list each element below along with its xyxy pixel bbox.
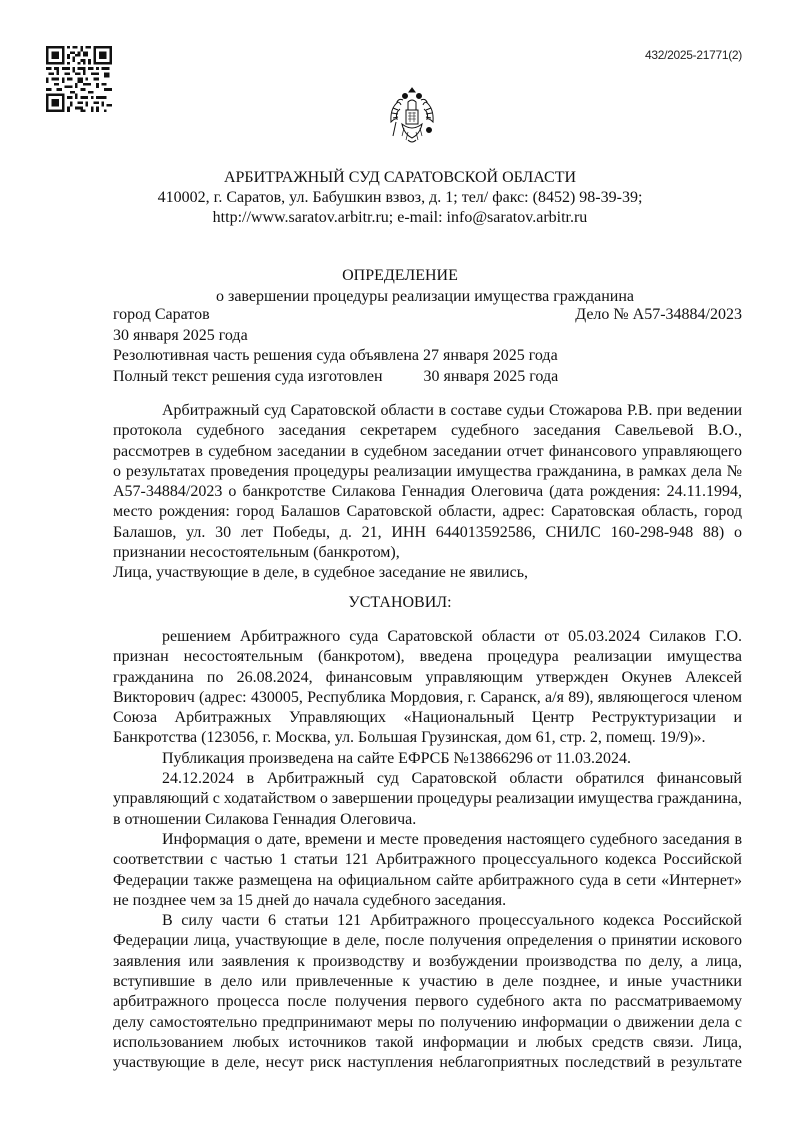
city: город Саратов [113, 305, 210, 326]
intro-paragraph: Арбитражный суд Саратовской области в со… [113, 401, 742, 563]
full-text-row: Полный текст решения суда изготовлен30 я… [113, 367, 742, 388]
established-section: решением Арбитражного суда Саратовской о… [113, 627, 742, 1074]
document-subtitle: о завершении процедуры реализации имущес… [108, 287, 742, 307]
established-heading: УСТАНОВИЛ: [0, 594, 800, 612]
established-paragraph-2: Публикация произведена на сайте ЕФРСБ №1… [113, 749, 742, 769]
full-text-date: 30 января 2025 года [424, 368, 559, 385]
document-date: 30 января 2025 года [113, 326, 742, 347]
established-paragraph-1: решением Арбитражного суда Саратовской о… [113, 627, 742, 749]
full-text-label: Полный текст решения суда изготовлен [113, 368, 383, 385]
court-name: АРБИТРАЖНЫЙ СУД САРАТОВСКОЙ ОБЛАСТИ [0, 168, 800, 188]
established-paragraph-4: Информация о дате, времени и месте прове… [113, 830, 742, 911]
city-case-row: город Саратов Дело № А57-34884/2023 [113, 305, 742, 326]
document-meta: город Саратов Дело № А57-34884/2023 30 я… [113, 305, 742, 387]
attendance-note: Лица, участвующие в деле, в судебное зас… [113, 563, 742, 583]
established-paragraph-3: 24.12.2024 в Арбитражный суд Саратовской… [113, 769, 742, 830]
intro-section: Арбитражный суд Саратовской области в со… [113, 401, 742, 584]
document-title: ОПРЕДЕЛЕНИЕ [0, 266, 800, 286]
document-number: 432/2025-21771(2) [0, 48, 742, 62]
operative-part-date: Резолютивная часть решения суда объявлен… [113, 346, 742, 367]
established-paragraph-5: В силу части 6 статьи 121 Арбитражного п… [113, 911, 742, 1073]
case-number: Дело № А57-34884/2023 [575, 305, 742, 326]
coat-of-arms-icon [388, 84, 436, 150]
court-address: 410002, г. Саратов, ул. Бабушкин взвоз, … [0, 188, 800, 208]
court-contacts: http://www.saratov.arbitr.ru; e-mail: in… [0, 208, 800, 228]
court-header: АРБИТРАЖНЫЙ СУД САРАТОВСКОЙ ОБЛАСТИ 4100… [0, 168, 800, 228]
